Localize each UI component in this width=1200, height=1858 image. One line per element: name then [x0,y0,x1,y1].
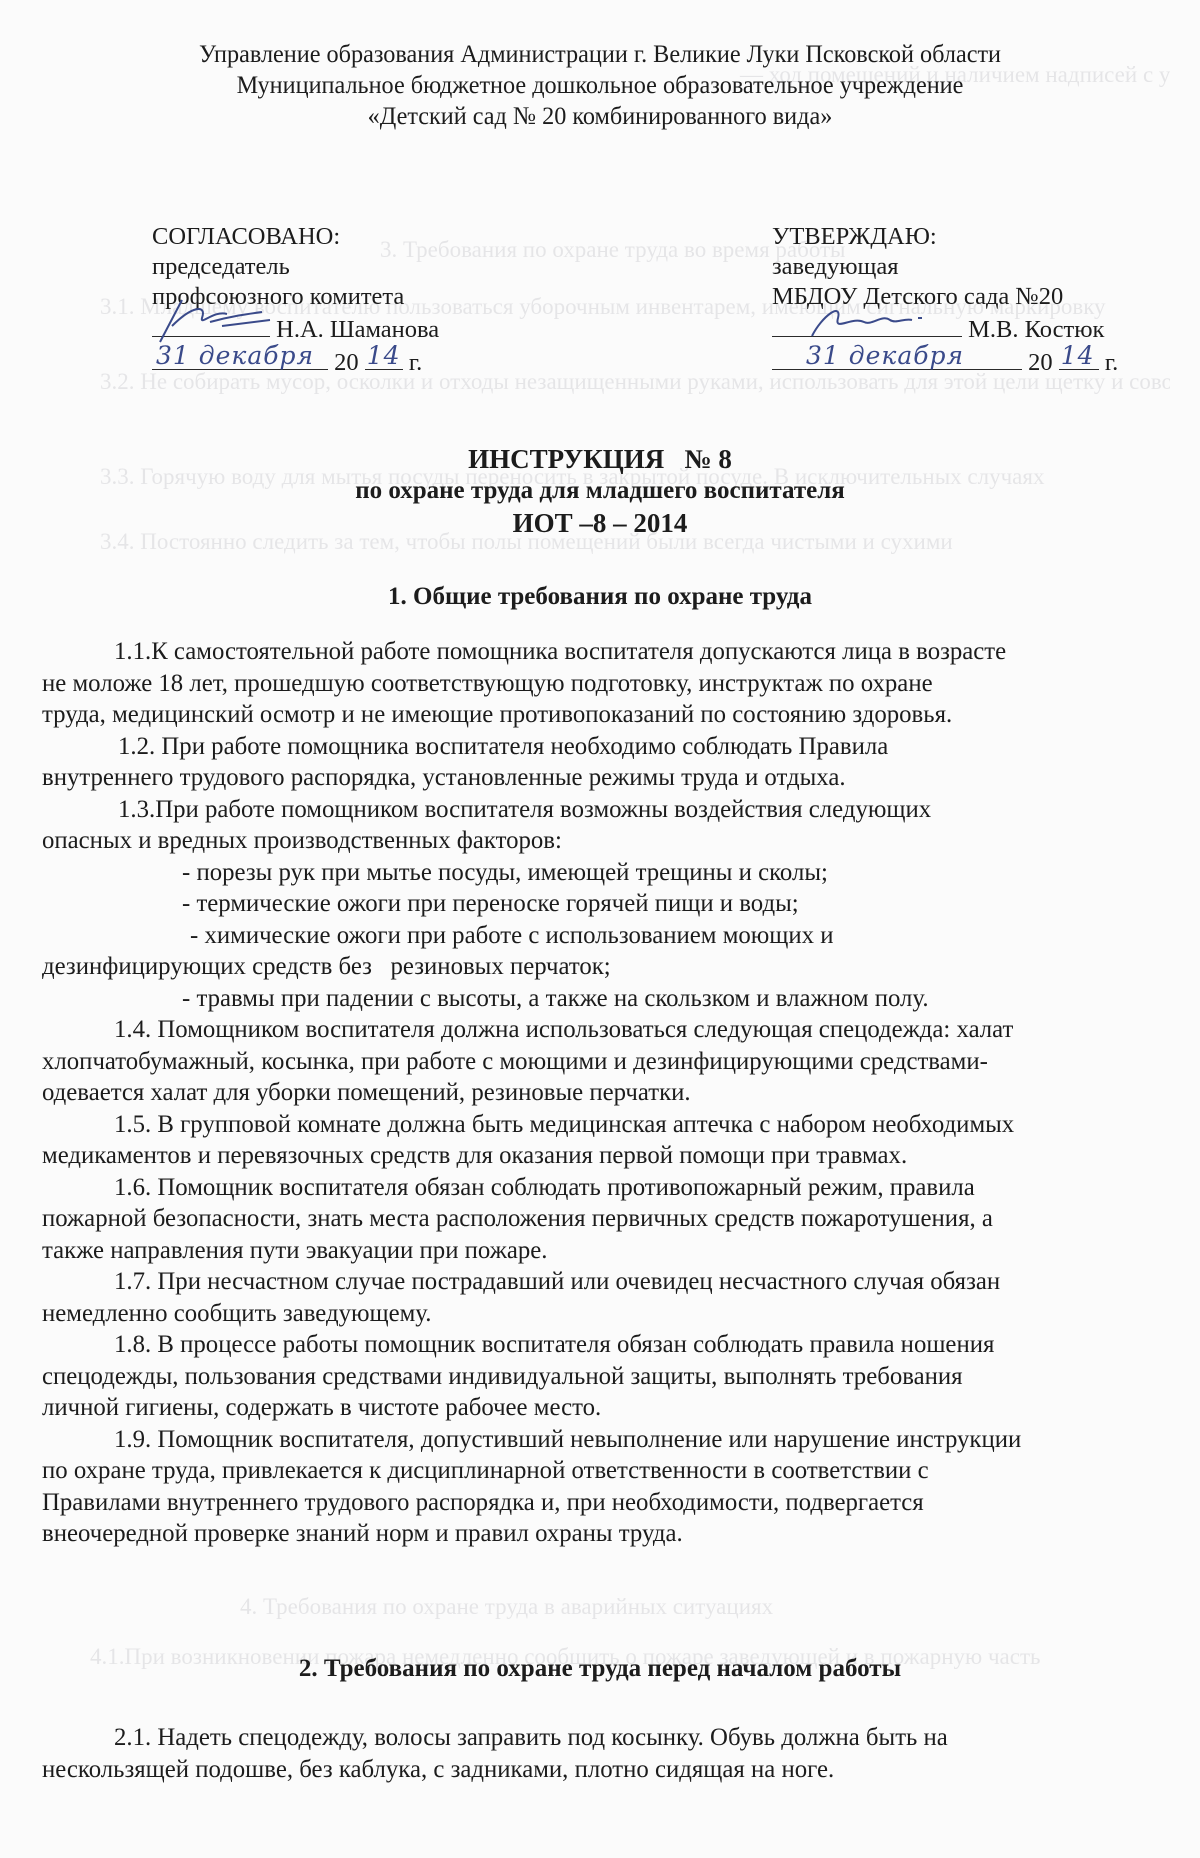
paragraph-1-7: 1.7. При несчастном случае пострадавший … [42,1266,1162,1329]
text-line: Правилами внутреннего трудового распоряд… [42,1487,1162,1519]
agreed-name: Н.А. Шаманова [276,316,439,343]
text-line: 1.7. При несчастном случае пострадавший … [42,1266,1162,1298]
date-field: 31 декабря [152,345,328,370]
agreed-role-line-1: председатель [152,252,439,282]
year-suffix: г. [1105,349,1118,376]
signature-scribble-icon [772,296,962,346]
paragraph-1-3: 1.3.При работе помощником воспитателя во… [42,794,1162,1015]
text-line: 1.5. В групповой комнате должна быть мед… [42,1109,1162,1141]
approved-column: УТВЕРЖДАЮ: заведующая МБДОУ Детского сад… [772,222,1118,378]
section-2-body: 2.1. Надеть спецодежду, волосы заправить… [42,1722,1162,1785]
section-heading-2: 2. Требования по охране труда перед нача… [0,1655,1200,1683]
instruction-code: ИОТ –8 – 2014 [0,507,1200,539]
list-item: - термические ожоги при переноске горяче… [42,888,1162,920]
text-line: хлопчатобумажный, косынка, при работе с … [42,1046,1162,1078]
list-item: - порезы рук при мытье посуды, имеющей т… [42,857,1162,889]
paragraph-1-8: 1.8. В процессе работы помощник воспитат… [42,1329,1162,1424]
paragraph-1-9: 1.9. Помощник воспитателя, допустивший н… [42,1424,1162,1550]
year-suffix: г. [409,349,422,376]
text-line: 1.4. Помощником воспитателя должна испол… [42,1014,1162,1046]
text-line: 1.1.К самостоятельной работе помощника в… [42,636,1162,668]
approved-name: М.В. Костюк [968,316,1104,343]
section-heading-1: 1. Общие требования по охране труда [0,583,1200,611]
text-line: 2.1. Надеть спецодежду, волосы заправить… [42,1722,1162,1754]
header-line-institution: Муниципальное бюджетное дошкольное образ… [30,69,1170,100]
paragraph-1-4: 1.4. Помощником воспитателя должна испол… [42,1014,1162,1109]
approved-date-line: 31 декабря 20 14 г. [772,345,1118,378]
header-line-kindergarten: «Детский сад № 20 комбинированного вида» [30,100,1170,131]
text-line: труда, медицинский осмотр и не имеющие п… [42,699,1162,731]
text-line: 1.3.При работе помощником воспитателя во… [42,794,1162,826]
text-line: 1.2. При работе помощника воспитателя не… [42,731,1162,763]
agreed-column: СОГЛАСОВАНО: председатель профсоюзного к… [152,222,439,378]
header-line-department: Управление образования Администрации г. … [30,38,1170,69]
agreed-date-handwritten: 31 декабря [156,341,314,371]
list-item: - травмы при падении с высоты, а также н… [42,983,1162,1015]
year-prefix: 20 [334,349,359,376]
text-line: пожарной безопасности, знать места распо… [42,1203,1162,1235]
text-line: внеочередной проверке знаний норм и прав… [42,1518,1162,1550]
paragraph-1-6: 1.6. Помощник воспитателя обязан соблюда… [42,1172,1162,1267]
document-title: ИНСТРУКЦИЯ № 8 по охране труда для младш… [0,443,1200,539]
text-line: немедленно сообщить заведующему. [42,1298,1162,1330]
paragraph-1-5: 1.5. В групповой комнате должна быть мед… [42,1109,1162,1172]
approved-year-handwritten: 14 [1061,341,1095,371]
signature-field [152,312,270,337]
text-line: также направления пути эвакуации при пож… [42,1235,1162,1267]
agreed-year-handwritten: 14 [367,341,401,371]
agreed-date-line: 31 декабря 20 14 г. [152,345,439,378]
text-line: по охране труда, привлекается к дисципли… [42,1455,1162,1487]
text-line: не моложе 18 лет, прошедшую соответствую… [42,668,1162,700]
text-line: 1.8. В процессе работы помощник воспитат… [42,1329,1162,1361]
text-line: 1.6. Помощник воспитателя обязан соблюда… [42,1172,1162,1204]
text-line: медикаментов и перевязочных средств для … [42,1140,1162,1172]
text-line: внутреннего трудового распорядка, устано… [42,762,1162,794]
year-field: 14 [1059,345,1099,370]
text-line: 1.9. Помощник воспитателя, допустивший н… [42,1424,1162,1456]
text-line: нескользящей подошве, без каблука, с зад… [42,1754,1162,1786]
document-page: — ход помещений и наличием надписей с ук… [0,0,1200,1858]
approved-date-handwritten: 31 декабря [806,341,964,371]
section-1-body: 1.1.К самостоятельной работе помощника в… [42,636,1162,1550]
instruction-subject: по охране труда для младшего воспитателя [0,475,1200,507]
year-prefix: 20 [1028,349,1053,376]
organization-header: Управление образования Администрации г. … [30,38,1170,131]
text-line: одевается халат для уборки помещений, ре… [42,1077,1162,1109]
list-item: - химические ожоги при работе с использо… [42,920,1162,952]
approval-block: СОГЛАСОВАНО: председатель профсоюзного к… [0,222,1200,382]
text-line: личной гигиены, содержать в чистоте рабо… [42,1392,1162,1424]
text-line: спецодежды, пользования средствами индив… [42,1361,1162,1393]
paragraph-1-1: 1.1.К самостоятельной работе помощника в… [42,636,1162,731]
signature-scribble-icon [152,296,282,346]
year-field: 14 [365,345,403,370]
approved-heading: УТВЕРЖДАЮ: [772,222,1118,252]
bleed-through-text: 4. Требования по охране труда в аварийны… [40,1590,1170,1624]
list-item-continuation: дезинфицирующих средств без резиновых пе… [42,951,1162,983]
date-field: 31 декабря [772,345,1022,370]
paragraph-2-1: 2.1. Надеть спецодежду, волосы заправить… [42,1722,1162,1785]
text-line: опасных и вредных производственных факто… [42,825,1162,857]
signature-field [772,312,962,337]
instruction-number: ИНСТРУКЦИЯ № 8 [0,443,1200,475]
agreed-heading: СОГЛАСОВАНО: [152,222,439,252]
approved-role-line-1: заведующая [772,252,1118,282]
paragraph-1-2: 1.2. При работе помощника воспитателя не… [42,731,1162,794]
